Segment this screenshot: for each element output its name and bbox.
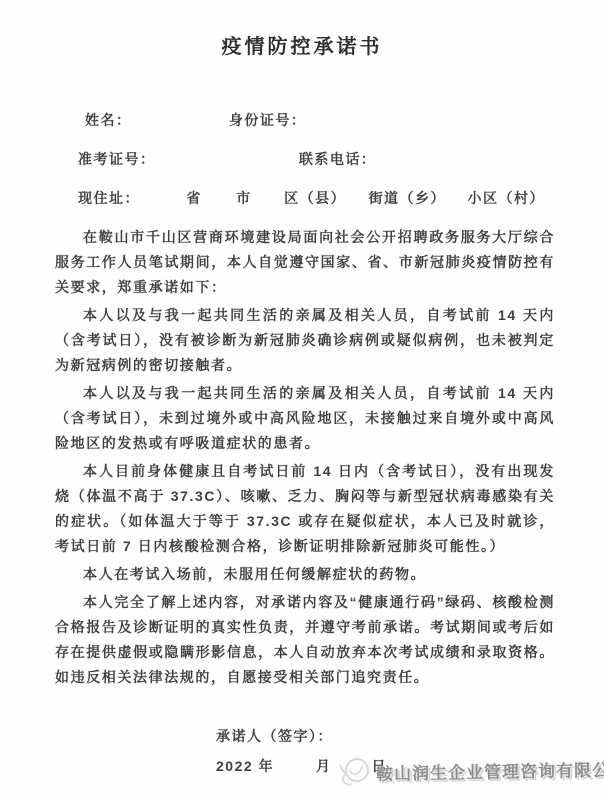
signer-label: 承诺人（签字）： xyxy=(216,726,604,746)
paragraph-no-medication: 本人在考试入场前，未服用任何缓解症状的药物。 xyxy=(55,562,555,587)
company-logo-icon xyxy=(336,753,373,792)
company-watermark: 鞍山润生企业管理咨询有限公司 xyxy=(336,748,604,791)
paragraph-health-status: 本人目前身体健康且自考试日前 14 日内（含考试日），没有出现发烧（体温不高于 … xyxy=(55,459,555,559)
paragraph-no-travel: 本人以及与我一起共同生活的亲属及相关人员，自考试前 14 天内（含考试日），未到… xyxy=(55,381,555,456)
paragraph-no-diagnosis: 本人以及与我一起共同生活的亲属及相关人员，自考试前 14 天内（含考试日），没有… xyxy=(55,303,555,378)
commitment-letter-page: 疫情防控承诺书 姓名： 身份证号： 准考证号： 联系电话： 现住址： 省 市 区… xyxy=(0,0,604,797)
form-row-address: 现住址： 省 市 区（县） 街道（乡） 小区（村） xyxy=(78,186,555,211)
id-number-label: 身份证号： xyxy=(229,108,307,133)
name-label: 姓名： xyxy=(85,108,132,133)
phone-label: 联系电话： xyxy=(299,147,377,172)
form-row-name-id: 姓名： 身份证号： xyxy=(78,108,555,133)
date-year-label: 2022 年 xyxy=(216,758,274,774)
applicant-form: 姓名： 身份证号： 准考证号： 联系电话： 现住址： 省 市 区（县） 街道（乡… xyxy=(78,108,555,211)
address-street-label: 街道（乡） xyxy=(369,186,447,211)
paragraph-responsibility: 本人完全了解上述内容，对承诺内容及“健康通行码”绿码、核酸检测合格报告及诊断证明… xyxy=(55,590,555,690)
paragraph-intro: 在鞍山市千山区营商环境建设局面向社会公开招聘政务服务大厅综合服务工作人员笔试期间… xyxy=(55,225,555,300)
form-row-ticket-phone: 准考证号： 联系电话： xyxy=(78,147,555,172)
address-city-label: 市 xyxy=(236,186,252,211)
address-district-label: 区（县） xyxy=(284,186,346,211)
address-community-label: 小区（村） xyxy=(467,186,545,211)
commitment-body: 在鞍山市千山区营商环境建设局面向社会公开招聘政务服务大厅综合服务工作人员笔试期间… xyxy=(55,225,555,690)
company-name: 鞍山润生企业管理咨询有限公司 xyxy=(376,755,604,784)
exam-ticket-label: 准考证号： xyxy=(78,147,156,172)
document-title: 疫情防控承诺书 xyxy=(0,0,604,59)
address-province-label: 省 xyxy=(186,186,202,211)
date-month-label: 月 xyxy=(316,758,332,774)
address-label: 现住址： xyxy=(78,186,140,211)
